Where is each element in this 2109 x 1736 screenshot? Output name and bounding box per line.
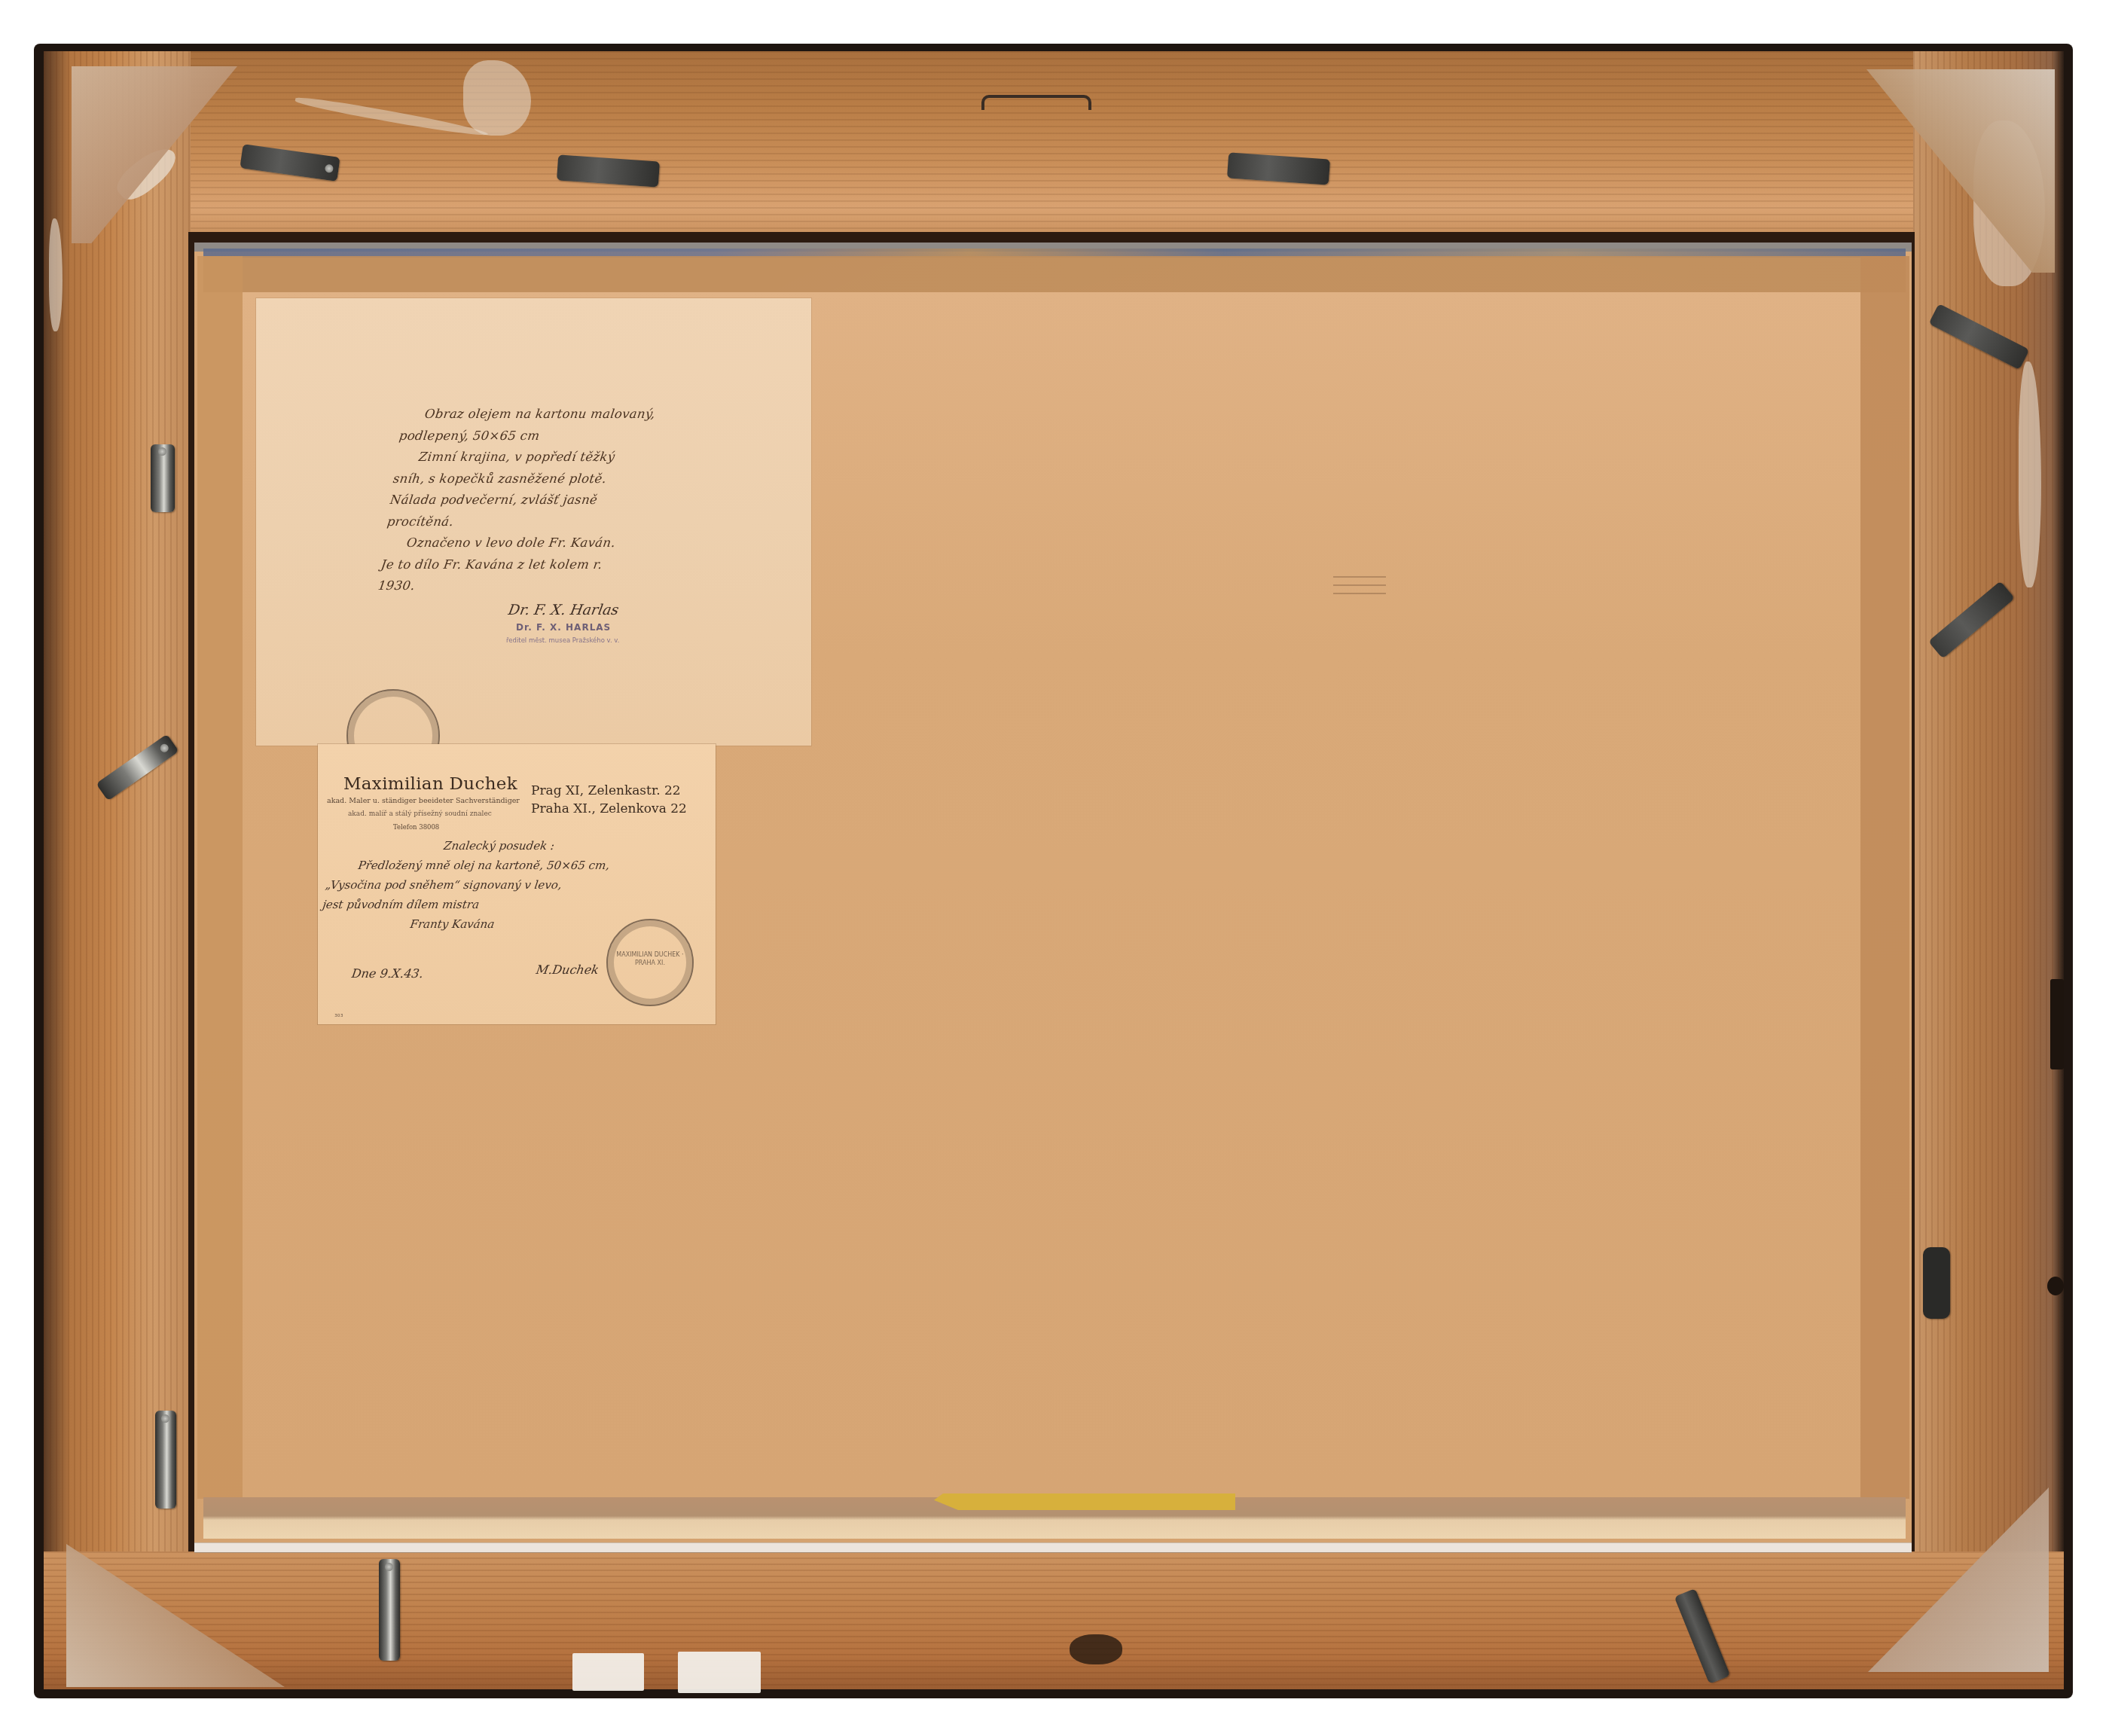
hanging-loop	[981, 95, 1091, 110]
paper-tape-right	[1860, 256, 1909, 1499]
frame-rail-bottom	[44, 1551, 2064, 1689]
metal-clip	[379, 1559, 400, 1661]
paint-wear	[678, 1652, 761, 1693]
frame-damage	[2047, 1277, 2064, 1295]
metal-clip	[151, 444, 175, 512]
screw	[161, 1414, 169, 1423]
address-czech: Praha XI., Zelenkova 22	[531, 801, 687, 816]
letterhead-name: Maximilian Duchek	[343, 774, 517, 794]
opinion-line: Znalecký posudek :	[329, 836, 716, 856]
name-stamp-subtitle: ředitel měst. musea Pražského v. v.	[506, 637, 619, 645]
note-line: Označeno v levo dole Fr. Kaván.	[383, 532, 702, 554]
date: Dne 9.X.43.	[351, 966, 425, 981]
yellow-tape	[934, 1493, 1235, 1510]
address-german: Prag XI, Zelenkastr. 22	[531, 783, 681, 798]
frame-rail-right	[1913, 51, 2064, 1689]
expert-opinion-card: Maximilian Duchek akad. Maler u. ständig…	[318, 744, 716, 1024]
screw	[325, 164, 334, 173]
white-strip	[194, 1542, 1912, 1553]
metal-clip	[155, 1411, 176, 1509]
paint-wear	[572, 1653, 644, 1691]
note-line: procítěná.	[386, 511, 705, 533]
screw	[159, 743, 170, 754]
note-text: Obraz olejem na kartonu malovaný, podlep…	[377, 404, 720, 597]
signature: Dr. F. X. Harlas	[507, 602, 620, 618]
frame-damage	[1070, 1634, 1122, 1664]
screw	[385, 1563, 393, 1571]
note-line: Nálada podvečerní, zvlášť jasně	[389, 490, 708, 511]
note-line: Zimní krajina, v popředí těžký	[395, 447, 714, 468]
letterhead-title-czech: akad. malíř a stálý přísežný soudní znal…	[348, 810, 492, 818]
handwritten-note: Obraz olejem na kartonu malovaný, podlep…	[256, 298, 811, 746]
metal-clip	[1923, 1247, 1950, 1319]
card-number: 303	[334, 1013, 343, 1018]
opinion-line: Předložený mně olej na kartoně, 50×65 cm…	[327, 856, 714, 875]
letterhead-phone: Telefon 38008	[393, 824, 439, 831]
name-stamp: Dr. F. X. HARLAS	[516, 622, 611, 633]
paper-tape-top	[203, 256, 1906, 292]
note-line: 1930.	[377, 575, 696, 597]
screw	[158, 447, 166, 456]
frame-damage	[2050, 979, 2064, 1069]
round-stamp: MAXIMILIAN DUCHEK · PRAHA XI.	[606, 919, 694, 1006]
signature: M.Duchek	[535, 963, 600, 977]
opinion-line: jest původním dílem mistra	[322, 895, 709, 914]
opinion-line: „Vysočina pod sněhem“ signovaný v levo,	[324, 875, 711, 895]
note-line: sníh, s kopečků zasněžené plotě.	[392, 468, 711, 490]
note-line: Obraz olejem na kartonu malovaný,	[401, 404, 720, 426]
note-line: Je to dílo Fr. Kavána z let kolem r.	[380, 554, 699, 576]
letterhead-title-german: akad. Maler u. ständiger beeideter Sachv…	[327, 797, 520, 805]
stamp-text: MAXIMILIAN DUCHEK · PRAHA XI.	[608, 950, 692, 967]
faint-pencil-marks	[1333, 576, 1386, 600]
paper-tape-left	[197, 256, 243, 1499]
frame-rail-top	[44, 51, 2064, 236]
note-line: podlepený, 50×65 cm	[398, 426, 717, 447]
